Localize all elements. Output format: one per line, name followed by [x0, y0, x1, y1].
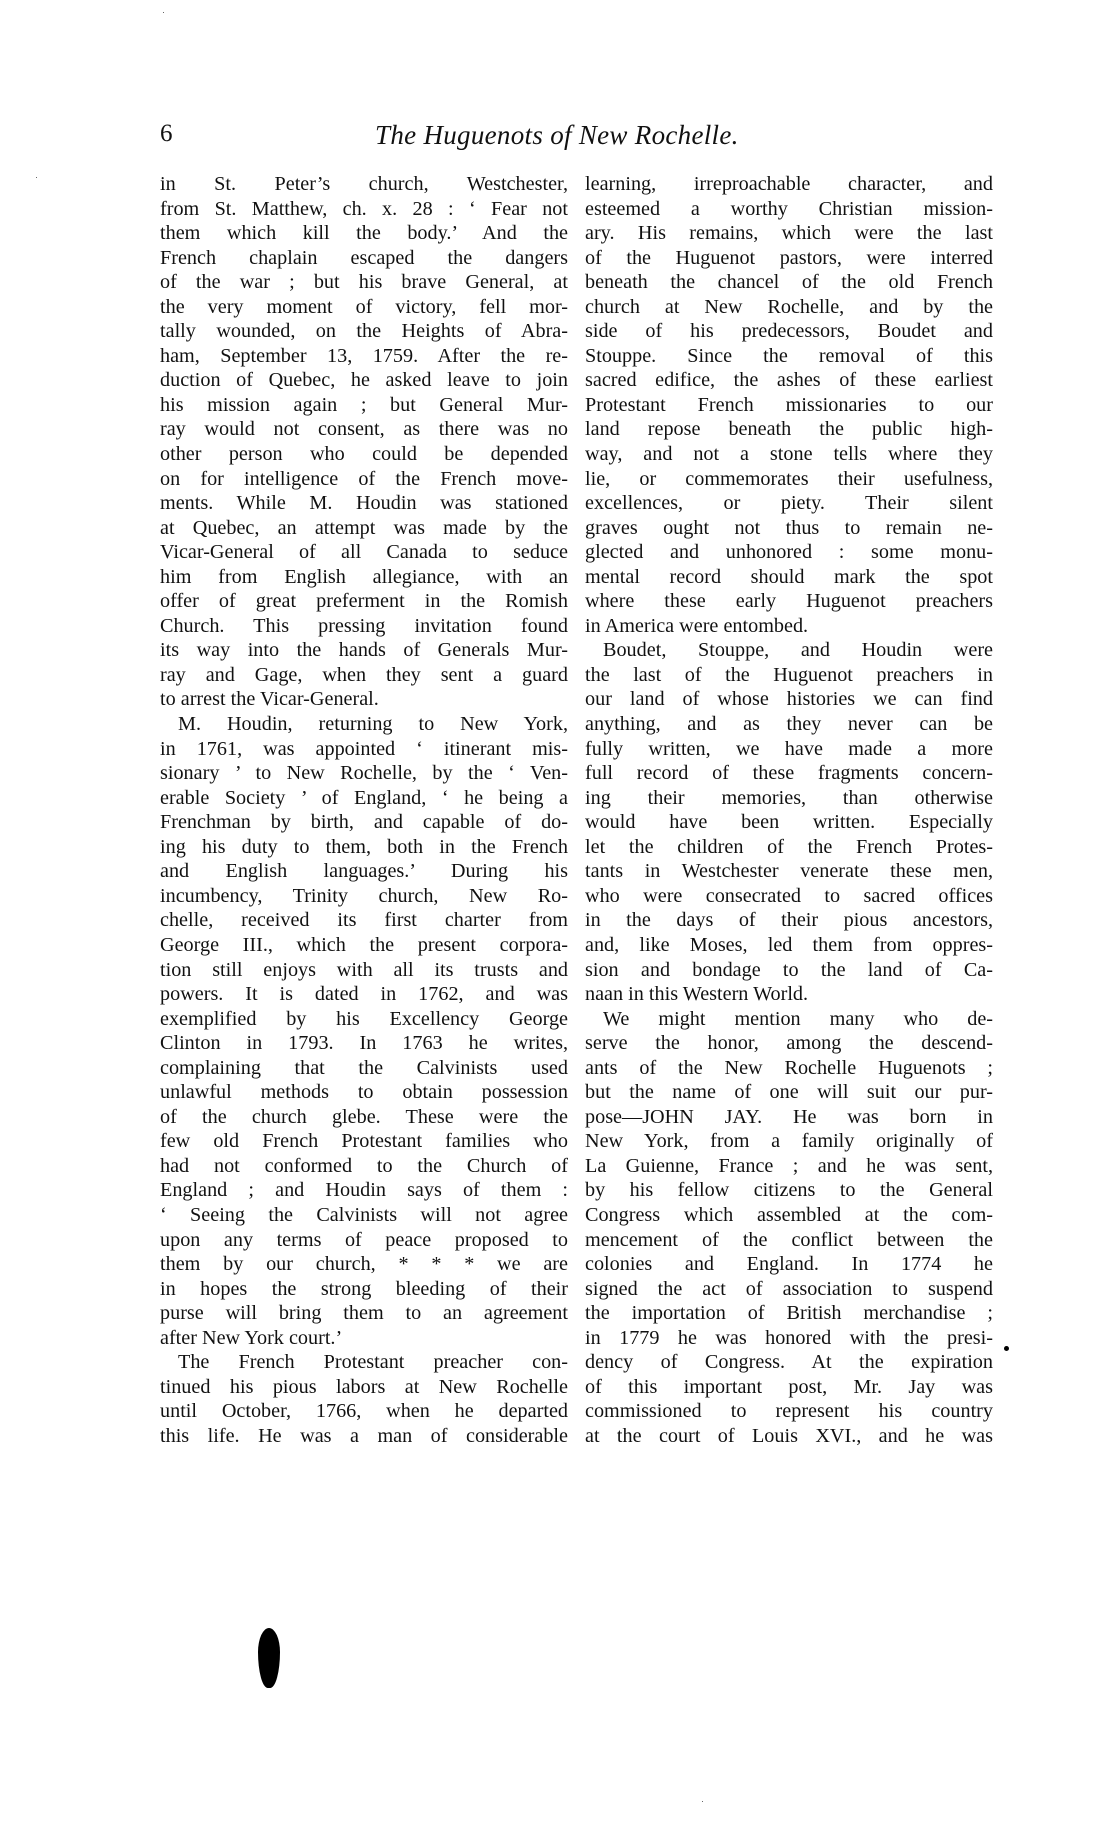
text-line: French chaplain escaped the dangers — [160, 246, 568, 271]
text-line: excellences, or piety. Their silent — [585, 491, 993, 516]
text-line: sacred edifice, the ashes of these earli… — [585, 368, 993, 393]
text-line: ing his duty to them, both in the French — [160, 835, 568, 860]
text-line: esteemed a worthy Christian mission- — [585, 197, 993, 222]
text-line: George III., which the present corpora- — [160, 933, 568, 958]
text-line: Frenchman by birth, and capable of do- — [160, 810, 568, 835]
text-line: fully written, we have made a more — [585, 737, 993, 762]
text-line: Vicar-General of all Canada to seduce — [160, 540, 568, 565]
text-line: commissioned to represent his country — [585, 1399, 993, 1424]
text-line: and English languages.’ During his — [160, 859, 568, 884]
text-line: mental record should mark the spot — [585, 565, 993, 590]
text-line: unlawful methods to obtain possession — [160, 1080, 568, 1105]
text-line: him from English allegiance, with an — [160, 565, 568, 590]
text-line: our land of whose histories we can find — [585, 687, 993, 712]
text-line: the last of the Huguenot preachers in — [585, 663, 993, 688]
text-line: them by our church, * * * we are — [160, 1252, 568, 1277]
speck-mark — [36, 177, 37, 178]
text-line: La Guienne, France ; and he was sent, — [585, 1154, 993, 1179]
text-line: complaining that the Calvinists used — [160, 1056, 568, 1081]
text-line: mencement of the conflict between the — [585, 1228, 993, 1253]
text-line: erable Society ’ of England, ‘ he being … — [160, 786, 568, 811]
text-line: but the name of one will suit our pur- — [585, 1080, 993, 1105]
text-line: ing their memories, than otherwise — [585, 786, 993, 811]
text-line: of the church glebe. These were the — [160, 1105, 568, 1130]
text-line: his mission again ; but General Mur- — [160, 393, 568, 418]
text-line: the very moment of victory, fell mor- — [160, 295, 568, 320]
text-line: where these early Huguenot preachers — [585, 589, 993, 614]
text-line: tants in Westchester venerate these men, — [585, 859, 993, 884]
text-line: of the Huguenot pastors, were interred — [585, 246, 993, 271]
text-line: incumbency, Trinity church, New Ro- — [160, 884, 568, 909]
text-line: Boudet, Stouppe, and Houdin were — [585, 638, 993, 663]
text-line: of this important post, Mr. Jay was — [585, 1375, 993, 1400]
text-line: powers. It is dated in 1762, and was — [160, 982, 568, 1007]
ink-blot-mark — [258, 1628, 280, 1688]
text-line: and, like Moses, led them from oppres- — [585, 933, 993, 958]
text-line: would have been written. Especially — [585, 810, 993, 835]
text-line: duction of Quebec, he asked leave to joi… — [160, 368, 568, 393]
text-line: sionary ’ to New Rochelle, by the ‘ Ven- — [160, 761, 568, 786]
text-line: way, and not a stone tells where they — [585, 442, 993, 467]
text-line: graves ought not thus to remain ne- — [585, 516, 993, 541]
text-line: tinued his pious labors at New Rochelle — [160, 1375, 568, 1400]
text-line: anything, and as they never can be — [585, 712, 993, 737]
text-line: in 1761, was appointed ‘ itinerant mis- — [160, 737, 568, 762]
text-line: sion and bondage to the land of Ca- — [585, 958, 993, 983]
text-line: upon any terms of peace proposed to — [160, 1228, 568, 1253]
text-line: in America were entombed. — [585, 614, 993, 639]
page-number: 6 — [160, 120, 173, 148]
running-title: The Huguenots of New Rochelle. — [375, 120, 739, 151]
text-line: exemplified by his Excellency George — [160, 1007, 568, 1032]
text-line: let the children of the French Protes- — [585, 835, 993, 860]
text-line: its way into the hands of Generals Mur- — [160, 638, 568, 663]
text-line: in 1779 he was honored with the presi- — [585, 1326, 993, 1351]
text-line: ments. While M. Houdin was stationed — [160, 491, 568, 516]
text-line: tion still enjoys with all its trusts an… — [160, 958, 568, 983]
text-line: the importation of British merchandise ; — [585, 1301, 993, 1326]
text-line: at the court of Louis XVI., and he was — [585, 1424, 993, 1449]
text-line: land repose beneath the public high- — [585, 417, 993, 442]
stray-dot-mark — [1004, 1346, 1009, 1351]
text-line: from St. Matthew, ch. x. 28 : ‘ Fear not — [160, 197, 568, 222]
text-line: by his fellow citizens to the General — [585, 1178, 993, 1203]
text-line: ants of the New Rochelle Huguenots ; — [585, 1056, 993, 1081]
text-line: New York, from a family originally of — [585, 1129, 993, 1154]
text-line: Protestant French missionaries to our — [585, 393, 993, 418]
text-line: offer of great preferment in the Romish — [160, 589, 568, 614]
right-column: learning, irreproachable character, ande… — [585, 172, 993, 1448]
speck-mark — [702, 1801, 703, 1802]
text-line: We might mention many who de- — [585, 1007, 993, 1032]
text-line: had not conformed to the Church of — [160, 1154, 568, 1179]
text-line: few old French Protestant families who — [160, 1129, 568, 1154]
text-line: lie, or commemorates their usefulness, — [585, 467, 993, 492]
left-column: in St. Peter’s church, Westchester,from … — [160, 172, 568, 1448]
text-line: glected and unhonored : some monu- — [585, 540, 993, 565]
text-line: M. Houdin, returning to New York, — [160, 712, 568, 737]
running-head: 6 The Huguenots of New Rochelle. — [160, 120, 990, 156]
text-line: purse will bring them to an agreement — [160, 1301, 568, 1326]
text-line: on for intelligence of the French move- — [160, 467, 568, 492]
text-line: pose—JOHN JAY. He was born in — [585, 1105, 993, 1130]
text-line: side of his predecessors, Boudet and — [585, 319, 993, 344]
text-line: serve the honor, among the descend- — [585, 1031, 993, 1056]
text-line: Congress which assembled at the com- — [585, 1203, 993, 1228]
text-line: who were consecrated to sacred offices — [585, 884, 993, 909]
text-line: Stouppe. Since the removal of this — [585, 344, 993, 369]
text-line: dency of Congress. At the expiration — [585, 1350, 993, 1375]
text-line: full record of these fragments concern- — [585, 761, 993, 786]
text-line: after New York court.’ — [160, 1326, 568, 1351]
text-line: at Quebec, an attempt was made by the — [160, 516, 568, 541]
text-line: until October, 1766, when he departed — [160, 1399, 568, 1424]
text-line: tally wounded, on the Heights of Abra- — [160, 319, 568, 344]
book-page: 6 The Huguenots of New Rochelle. in St. … — [0, 0, 1120, 1825]
text-line: in the days of their pious ancestors, — [585, 908, 993, 933]
text-line: beneath the chancel of the old French — [585, 270, 993, 295]
text-line: of the war ; but his brave General, at — [160, 270, 568, 295]
text-line: naan in this Western World. — [585, 982, 993, 1007]
text-line: church at New Rochelle, and by the — [585, 295, 993, 320]
text-line: chelle, received its first charter from — [160, 908, 568, 933]
text-line: Clinton in 1793. In 1763 he writes, — [160, 1031, 568, 1056]
text-line: colonies and England. In 1774 he — [585, 1252, 993, 1277]
text-line: ary. His remains, which were the last — [585, 221, 993, 246]
text-line: in St. Peter’s church, Westchester, — [160, 172, 568, 197]
text-line: ray and Gage, when they sent a guard — [160, 663, 568, 688]
text-line: England ; and Houdin says of them : — [160, 1178, 568, 1203]
text-line: learning, irreproachable character, and — [585, 172, 993, 197]
text-line: ray would not consent, as there was no — [160, 417, 568, 442]
speck-mark — [163, 12, 164, 13]
text-line: The French Protestant preacher con- — [160, 1350, 568, 1375]
text-line: signed the act of association to suspend — [585, 1277, 993, 1302]
text-line: ‘ Seeing the Calvinists will not agree — [160, 1203, 568, 1228]
text-line: Church. This pressing invitation found — [160, 614, 568, 639]
text-line: ham, September 13, 1759. After the re- — [160, 344, 568, 369]
text-line: other person who could be depended — [160, 442, 568, 467]
text-line: to arrest the Vicar-General. — [160, 687, 568, 712]
text-line: this life. He was a man of considerable — [160, 1424, 568, 1449]
text-line: in hopes the strong bleeding of their — [160, 1277, 568, 1302]
text-line: them which kill the body.’ And the — [160, 221, 568, 246]
